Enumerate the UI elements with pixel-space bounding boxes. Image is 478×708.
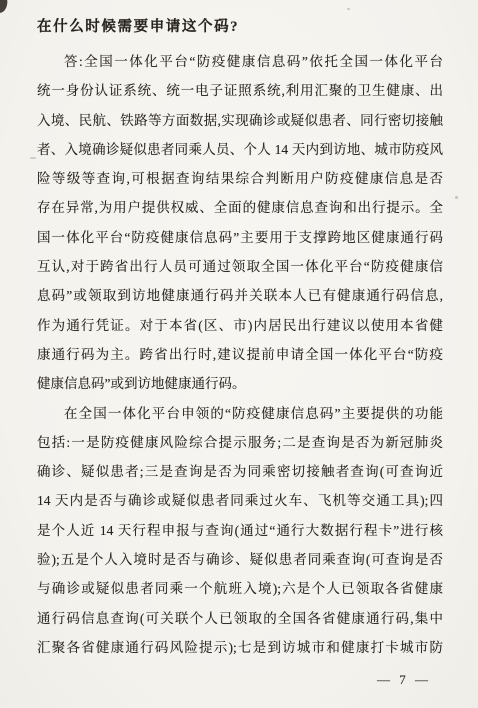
body-line: 答:全国一体化平台“防疫健康信息码”依托全国一体化平台 [37, 47, 443, 76]
page-number: — 7 — [377, 672, 431, 688]
body-line: 是个人近 14 天行程申报与查询(通过“通行大数据行程卡”进行核 [37, 516, 443, 545]
body-line: 入境、民航、铁路等方面数据,实现确诊或疑似患者、同行密切接触 [37, 106, 443, 135]
body-line: 与确诊或疑似患者同乘一个航班入境);六是个人已领取各省健康 [37, 574, 443, 603]
body-line: 险等级等查询,可根据查询结果综合判断用户防疫健康信息是否 [37, 164, 443, 193]
body-line: 在全国一体化平台申领的“防疫健康信息码”主要提供的功能 [37, 399, 443, 428]
page-content: 在什么时候需要申请这个码? 答:全国一体化平台“防疫健康信息码”依托全国一体化平… [37, 13, 443, 662]
scanned-page: 在什么时候需要申请这个码? 答:全国一体化平台“防疫健康信息码”依托全国一体化平… [0, 0, 478, 708]
body-line: 者、入境确诊疑似患者同乘人员、个人 14 天内到访地、城市防疫风 [37, 135, 443, 164]
body-line: 包括:一是防疫健康风险综合提示服务;二是查询是否为新冠肺炎 [37, 428, 443, 457]
body-line: 通行码信息查询(可关联个人已领取的全国各省健康通行码,集中 [37, 604, 443, 633]
body-line: 息码”或领取到访地健康通行码并关联本人已有健康通行码信息, [37, 281, 443, 310]
body-line: 存在异常,为用户提供权威、全面的健康信息查询和出行提示。全 [37, 193, 443, 222]
body-line: 确诊、疑似患者;三是查询是否为同乘密切接触者查询(可查询近 [37, 457, 443, 486]
scan-artifact [455, 196, 458, 199]
document-title: 在什么时候需要申请这个码? [37, 13, 443, 42]
body-line: 互认,对于跨省出行人员可通过领取全国一体化平台“防疫健康信 [37, 252, 443, 281]
scan-artifact [347, 8, 350, 10]
scan-artifact [0, 0, 9, 14]
body-line: 作为通行凭证。对于本省(区、市)内居民出行建议以使用本省健 [37, 311, 443, 340]
body-line: 14 天内是否与确诊或疑似患者同乘过火车、飞机等交通工具);四 [37, 486, 443, 515]
body-line: 国一体化平台“防疫健康信息码”主要用于支撑跨地区健康通行码 [37, 223, 443, 252]
body-line: 统一身份认证系统、统一电子证照系统,利用汇聚的卫生健康、出 [37, 76, 443, 105]
body-line: 验);五是个人入境时是否与确诊、疑似患者同乘查询(可查询是否 [37, 545, 443, 574]
scan-artifact [30, 157, 36, 159]
body-line: 康通行码为主。跨省出行时,建议提前申请全国一体化平台“防疫 [37, 340, 443, 369]
body-line: 汇聚各省健康通行码风险提示);七是到访城市和健康打卡城市防 [37, 633, 443, 662]
body-line: 健康信息码”或到访地健康通行码。 [37, 369, 443, 398]
